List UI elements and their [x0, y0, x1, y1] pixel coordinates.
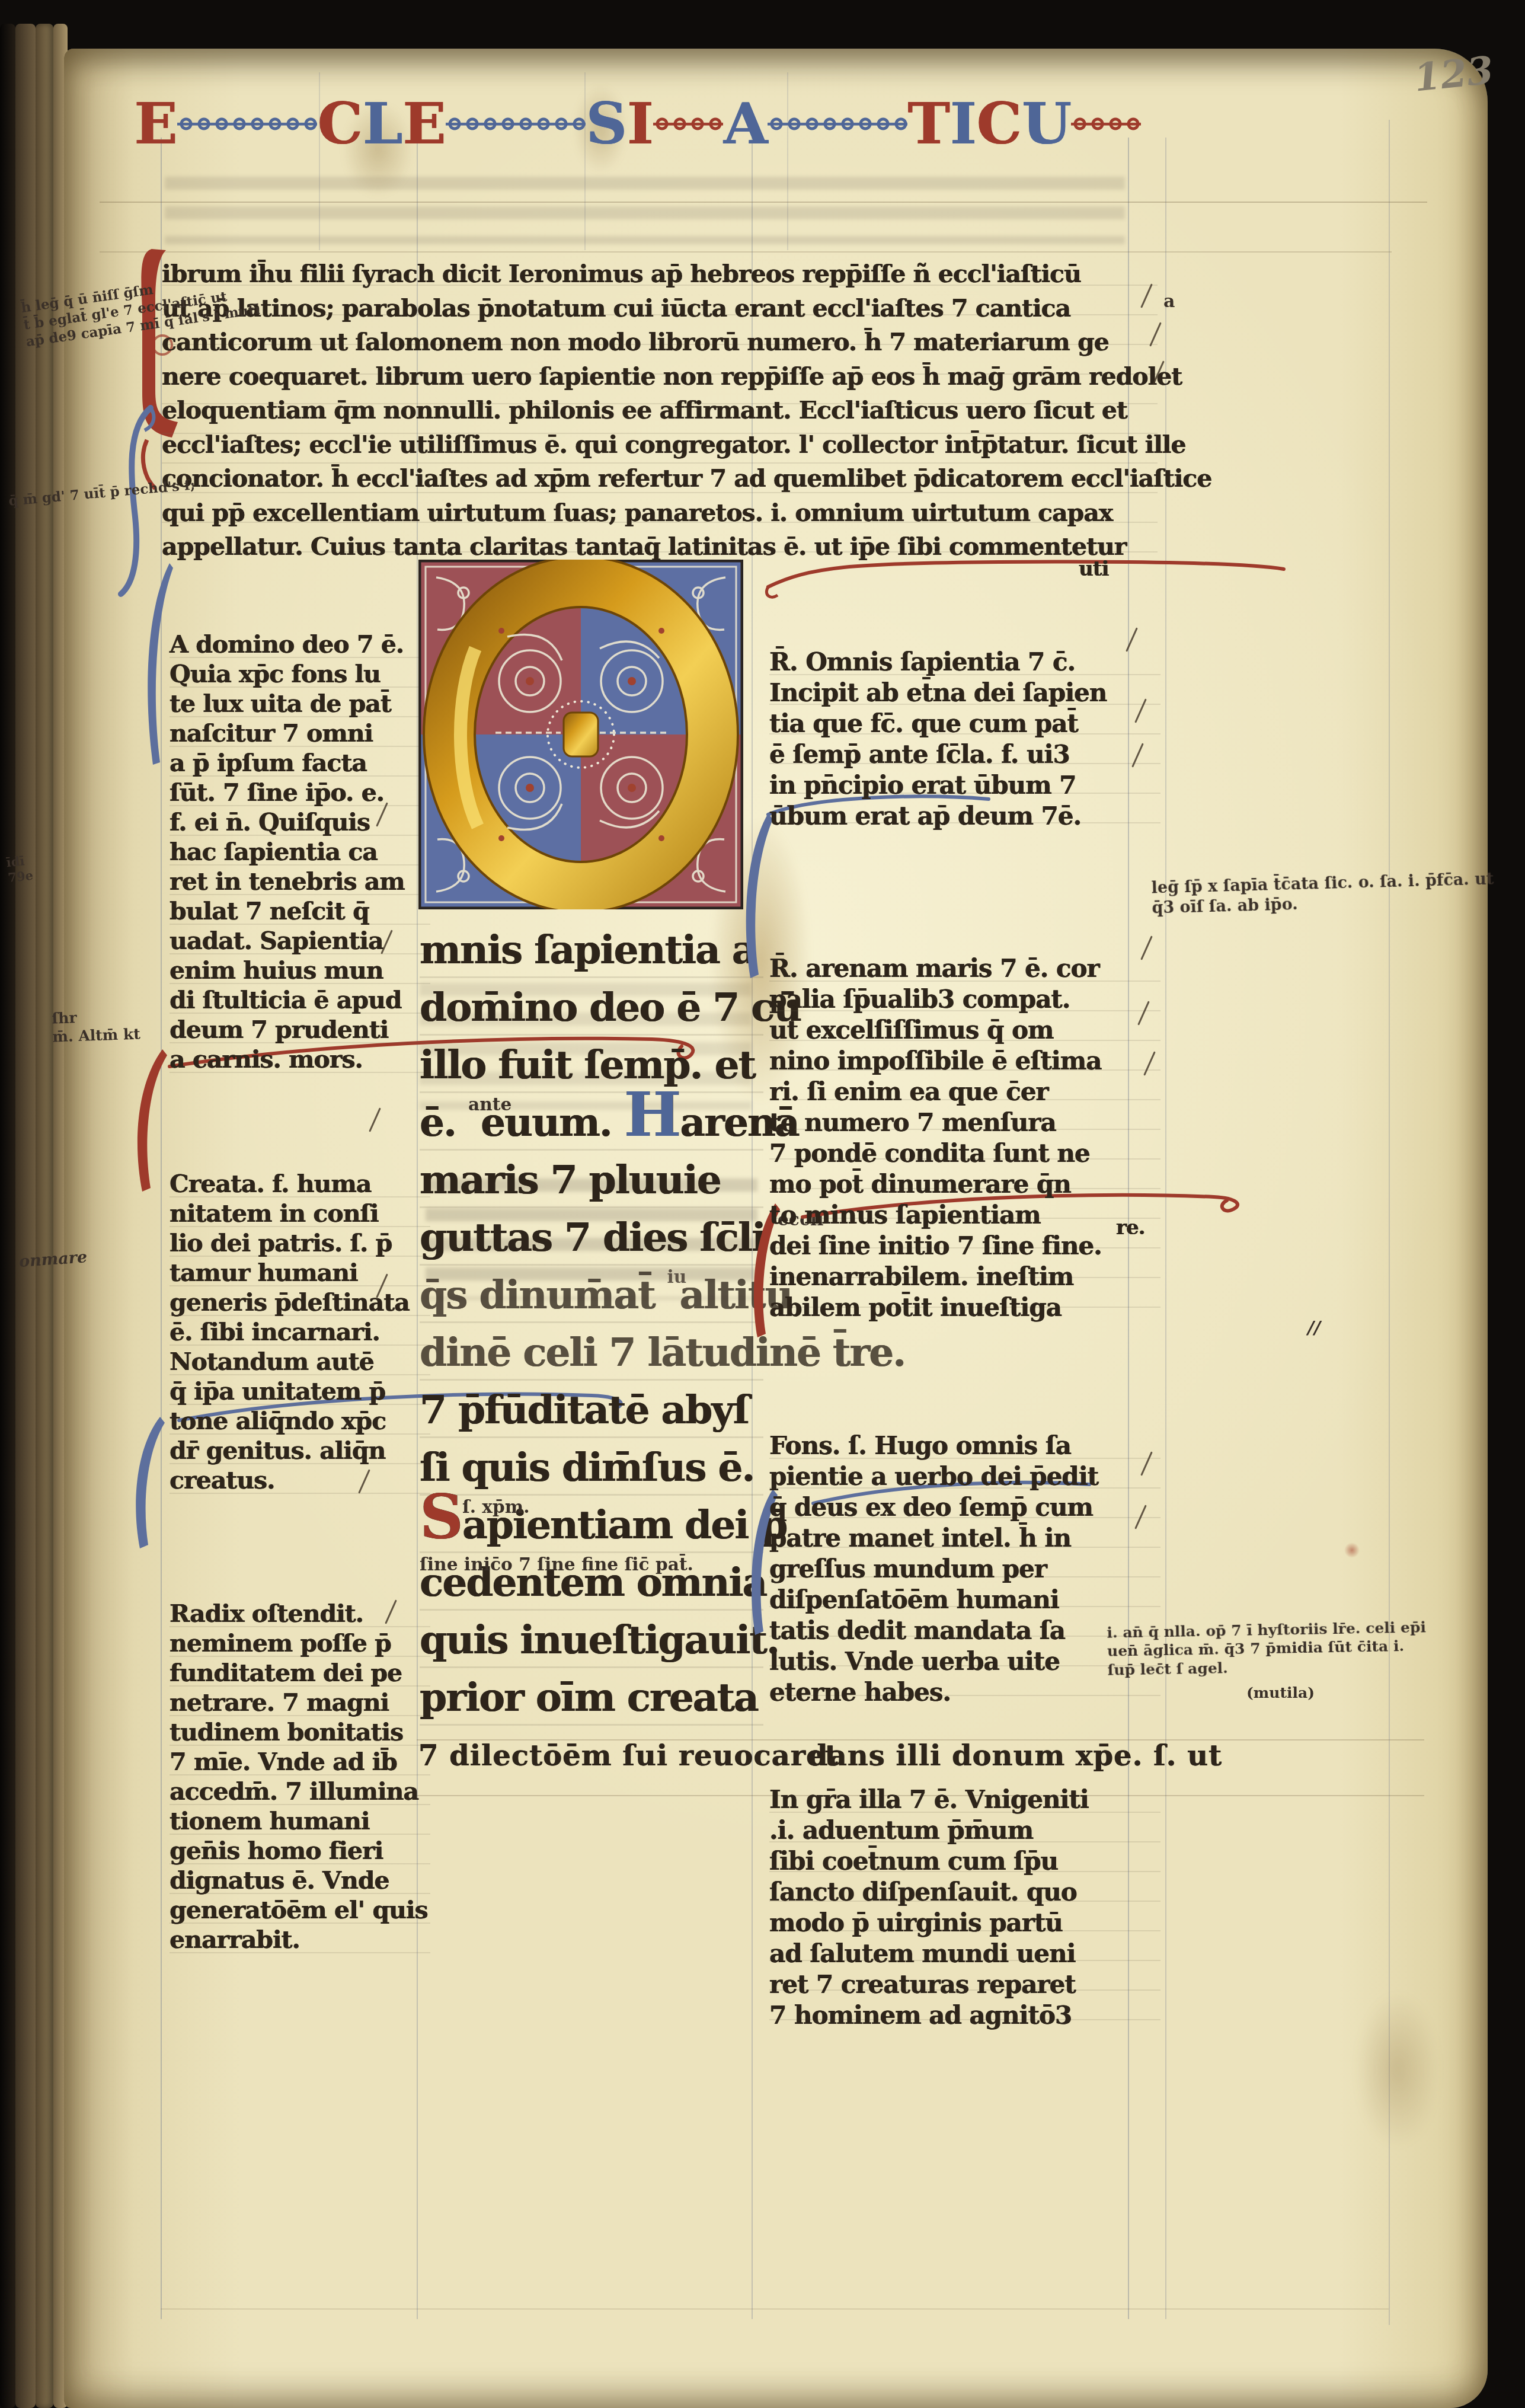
text-segment: ad ſalutem mundi ueni [769, 1939, 1075, 1968]
text-line: 7 mīe. Vnde ad ib̄ [170, 1747, 430, 1777]
catchword: re. [1116, 1212, 1144, 1243]
text-line: to numero 7 menſura [769, 1107, 1160, 1138]
text-segment: tudinem bonitatis [170, 1718, 403, 1746]
text-line: palia ſp̄ualib3 compat. [769, 984, 1160, 1015]
text-segment: palia ſp̄ualib3 compat. [769, 985, 1070, 1014]
text-segment: ſūt. 7 ſine ip̄o. e. [170, 778, 384, 807]
text-segment: ē. [420, 1099, 468, 1145]
text-line: mo pot̄ dinumerare q̄n [769, 1169, 1160, 1200]
stain [1344, 1542, 1360, 1558]
text-segment: H [624, 1080, 680, 1151]
bleedthrough-text [165, 167, 1125, 244]
text-line: nino impoſſibile ē eſtima [769, 1046, 1160, 1077]
text-segment: patre manet intel. h̄ in [769, 1524, 1071, 1553]
text-line: q̄ ip̄a unitatem p̄ [170, 1377, 430, 1406]
text-segment: neminem poſſe p̄ [170, 1629, 391, 1658]
text-line: tatis dedit mandata ſa [769, 1615, 1160, 1646]
text-segment: f. ei n̄. Quiſquis [170, 808, 370, 836]
text-line: 7 p̄fūditatē abyſ [420, 1381, 763, 1439]
text-line: 7 hominem ad agnitō3 [769, 2000, 1160, 2031]
text-segment: te lux uita de pat̄ [170, 689, 391, 718]
text-segment: mnis ſapientia a [420, 927, 756, 973]
text-segment: quis inueſtigauit. [420, 1617, 779, 1663]
page-edge-strip [0, 24, 15, 2408]
text-segment: canticorum ut ſalomonem non modo librorū… [162, 328, 1109, 356]
text-segment: ante [468, 1076, 511, 1133]
text-line: a carnis. mors. [170, 1045, 430, 1074]
text-segment: gen̄is homo fieri [170, 1837, 383, 1865]
text-line: prior oīm creata [420, 1669, 763, 1726]
text-line: Fons. ſ. Hugo omnis ſa [769, 1430, 1160, 1461]
text-segment: ē ſemp̄ ante ſc̄la. f. ui3 [769, 740, 1070, 769]
text-line: concionator. h̄ eccl'iaſtes ad xp̄m refe… [162, 462, 1158, 496]
text-line: creatus. [170, 1465, 430, 1495]
text-segment: concionator. h̄ eccl'iaſtes ad xp̄m refe… [162, 464, 1211, 493]
text-line: ſine inic̄o 7 ſine fine ſic̄ pat̄. ceden… [420, 1554, 763, 1611]
text-segment: tia que fc̄. que cum pat̄ [769, 709, 1078, 738]
margin-mark: // [1307, 1317, 1321, 1340]
text-line: quis inueſtigauit. [420, 1611, 763, 1669]
penwork-filigree [1071, 104, 1141, 143]
parchment-page: ECLESIATICU 123 a ibrum ih̄u filii ſyrac… [64, 49, 1488, 2408]
text-segment: q̄s dinum̄at̄ [420, 1272, 667, 1318]
penwork-letter: C [317, 95, 362, 152]
text-line: eterne habes. [769, 1677, 1160, 1708]
text-segment: q̄ ip̄a unitatem p̄ [170, 1377, 385, 1406]
text-line: lio dei patris. ſ. p̄ [170, 1228, 430, 1258]
running-title-penwork: ECLESIATICU [134, 79, 1141, 168]
text-line: ut excelſiſſimus q̄ om [769, 1015, 1160, 1046]
penwork-letter: I [949, 95, 976, 152]
margin-note: ſhrm̄. Altm̄ kt [52, 1006, 140, 1046]
text-line: deum 7 prudenti [170, 1015, 430, 1045]
text-segment: 7 hominem ad agnitō3 [769, 2001, 1072, 2030]
text-segment: accedm̄. 7 illumina [170, 1777, 418, 1806]
text-line: ret 7 creaturas reparet [769, 1969, 1160, 2000]
text-line: .i. aduentum p̄m̄um [769, 1815, 1160, 1846]
text-segment: lio dei patris. ſ. p̄ [170, 1229, 392, 1257]
text-line: enarrabit. [170, 1925, 430, 1954]
text-segment: q̄ deus ex deo ſemp̄ cum [769, 1493, 1093, 1522]
text-line: ſancto diſpenſauit. quo [769, 1877, 1160, 1908]
text-segment: ē. ſibi incarnari. [170, 1318, 380, 1346]
text-line: to minus ſapientiam [769, 1200, 1160, 1231]
text-line: nere coequaret. librum uero ſapientie no… [162, 360, 1158, 394]
text-line: eloquentiam q̄m nonnulli. philonis ee af… [162, 394, 1158, 428]
text-line: dom̄ino deo ē 7 cū [420, 979, 763, 1036]
text-segment: ri. ſi enim ea que c̄er [769, 1077, 1048, 1106]
penwork-letter: I [627, 95, 654, 152]
manuscript-photo: ECLESIATICU 123 a ibrum ih̄u filii ſyrac… [0, 0, 1525, 2408]
text-segment: ut ap̄ latinos; parabolas p̄notatum cui … [162, 294, 1070, 322]
margin-note: i. an̄ q̄ nlla. op̄ 7 ī hyſtoriis lr̄e. … [1107, 1618, 1427, 1679]
text-segment: eterne habes. [769, 1678, 951, 1707]
text-segment: tatis dedit mandata ſa [769, 1616, 1065, 1645]
text-segment: nitatem in conſi [170, 1199, 379, 1228]
text-line: generatōēm el' quis [170, 1895, 430, 1925]
text-segment: Quia xp̄c fons lu [170, 660, 381, 688]
gloss-paragraph: Radix oſtendit.neminem poſſe p̄funditate… [170, 1599, 430, 1954]
text-line: diſpenſatōēm humani [769, 1585, 1160, 1615]
text-segment: In gr̄a illa 7 ē. Vnigeniti [769, 1785, 1089, 1814]
text-line: ut ap̄ latinos; parabolas p̄notatum cui … [162, 292, 1158, 326]
text-segment: enarrabit. [170, 1925, 300, 1954]
text-segment: guttas 7 dies ſc̄li [420, 1214, 778, 1260]
text-line: eccl'iaſtes; eccl'ie utiliſſimus ē. qui … [162, 428, 1158, 462]
text-line: Creata. f. huma [170, 1169, 430, 1199]
text-line: ē. ſibi incarnari. [170, 1317, 430, 1347]
text-line: accedm̄. 7 illumina [170, 1777, 430, 1806]
text-segment: uadat. Sapientia [170, 927, 383, 955]
text-segment: eloquentiam q̄m nonnulli. philonis ee af… [162, 396, 1127, 424]
text-segment: abilem pot̄it inueſtiga [769, 1293, 1062, 1322]
text-line: m̄. Altm̄ kt [52, 1025, 140, 1046]
text-line: nitatem in conſi [170, 1199, 430, 1228]
text-segment: mo pot̄ dinumerare q̄n [769, 1170, 1071, 1199]
text-line: modo p̄ uirginis partū [769, 1908, 1160, 1938]
stain [1356, 1993, 1439, 2147]
text-line: Notandum autē [170, 1347, 430, 1377]
text-line: enim huius mun [170, 956, 430, 985]
text-segment: enim huius mun [170, 956, 383, 985]
penwork-filigree [653, 104, 723, 143]
bible-text-column: mnis ſapientia adom̄ino deo ē 7 cūillo f… [420, 921, 763, 1726]
text-segment: greſſus mundum per [769, 1554, 1047, 1583]
text-segment: Notandum autē [170, 1347, 374, 1376]
text-segment: lutis. Vnde uerba uite [769, 1647, 1060, 1676]
penwork-letter: E [134, 95, 177, 152]
penwork-letter: A [723, 95, 767, 152]
text-segment: ret 7 creaturas reparet [769, 1970, 1076, 1999]
text-segment: hac ſapientia ca [170, 838, 378, 866]
text-line: maris 7 pluuie [420, 1151, 763, 1209]
text-segment: Incipit ab et̄na dei ſapien [769, 678, 1107, 707]
text-line: q̄s dinum̄at̄ iu altitu [420, 1266, 763, 1324]
text-line: Incipit ab et̄na dei ſapien [769, 678, 1160, 708]
text-segment: a p̄ ipſum facta [170, 749, 367, 777]
gloss-paragraph: In gr̄a illa 7 ē. Vnigeniti.i. aduentum … [769, 1784, 1160, 2031]
text-segment: onmare [18, 1248, 88, 1271]
text-segment: funditatem dei pe [170, 1659, 402, 1687]
text-segment: R̄. arenam maris 7 ē. cor [769, 954, 1099, 983]
text-line: ret in tenebris am [170, 867, 430, 896]
text-segment: nino impoſſibile ē eſtima [769, 1046, 1101, 1075]
text-segment: deum 7 prudenti [170, 1015, 388, 1044]
text-line: A domino deo 7 ē. [170, 630, 430, 659]
text-segment: dr̄ genitus. aliq̄n [170, 1436, 385, 1465]
text-segment: a carnis. mors. [170, 1045, 363, 1074]
text-segment: R̄. Omnis ſapientia 7 c̄. [769, 647, 1075, 676]
ruling-line [161, 2308, 1389, 2310]
penwork-letter: T [907, 95, 949, 152]
gloss-paragraph: A domino deo 7 ē.Quia xp̄c fons lute lux… [170, 630, 430, 1074]
text-segment: ūbum erat ap̄ deum 7ē. [769, 801, 1081, 831]
margin-note: (mutila) [1246, 1684, 1315, 1702]
text-line: ſhr [52, 1006, 140, 1027]
catchword: uti [1079, 557, 1108, 581]
penwork-letter: S [586, 95, 626, 152]
text-segment: tamur humani [170, 1259, 358, 1287]
text-segment: 7 mīe. Vnde ad ib̄ [170, 1748, 397, 1776]
text-line: Radix oſtendit. [170, 1599, 430, 1628]
text-line: netrare. 7 magni [170, 1688, 430, 1717]
text-line: naſcitur 7 omni [170, 718, 430, 748]
text-line: canticorum ut ſalomonem non modo librorū… [162, 325, 1158, 360]
text-segment: ſhr [52, 1009, 77, 1027]
text-line: funditatem dei pe [170, 1658, 430, 1688]
text-segment: to minus ſapientiam [769, 1200, 1041, 1229]
text-segment: Radix oſtendit. [170, 1599, 363, 1628]
text-line: 79e [7, 868, 34, 886]
text-line: lutis. Vnde uerba uite [769, 1646, 1160, 1677]
text-segment: ſup̄ lec̄t ſ agel. [1107, 1659, 1228, 1679]
text-line: te lux uita de pat̄ [170, 689, 430, 718]
ruling-line [1389, 120, 1390, 2325]
text-segment: 7 p̄fūditatē abyſ [420, 1387, 749, 1433]
text-segment: to numero 7 menſura [769, 1108, 1056, 1137]
text-segment: ſ. xp̄m. [462, 1478, 530, 1536]
text-line: greſſus mundum per [769, 1554, 1160, 1585]
text-segment: diſpenſatōēm humani [769, 1585, 1059, 1614]
text-segment: Fons. ſ. Hugo omnis ſa [769, 1431, 1071, 1460]
text-segment: dignatus ē. Vnde [170, 1866, 389, 1895]
text-line: R̄. Omnis ſapientia 7 c̄. [769, 647, 1160, 678]
text-line: dinē celi 7 lātudinē t̄re. [420, 1324, 763, 1381]
ruling-line [100, 202, 1427, 203]
margin-note: īdī79e [5, 852, 34, 886]
right-gloss-column: R̄. Omnis ſapientia 7 c̄.Incipit ab et̄n… [769, 585, 1160, 2093]
penwork-filigree [446, 104, 586, 143]
text-line: ūbum erat ap̄ deum 7ē. [769, 801, 1160, 832]
text-line: dignatus ē. Vnde [170, 1866, 430, 1895]
text-line: qui pp̄ excellentiam uirtutum ſuas; pana… [162, 496, 1158, 531]
text-segment: creatus. [170, 1466, 274, 1494]
text-segment: inenarrabilem. ineſtim [769, 1262, 1073, 1291]
text-line: in pn̄cipio erat ūbum 7 [769, 770, 1160, 801]
left-gloss-column: A domino deo 7 ē.Quia xp̄c fons lute lux… [170, 570, 430, 2014]
penwork-letter: L [363, 95, 403, 152]
text-segment: m̄. Altm̄ kt [52, 1026, 140, 1046]
text-segment: netrare. 7 magni [170, 1688, 389, 1717]
text-segment: dei ſine initio 7 ſine fine. [769, 1231, 1102, 1260]
text-line: neminem poſſe p̄ [170, 1628, 430, 1658]
text-segment: ut excelſiſſimus q̄ om [769, 1015, 1053, 1045]
text-line: dr̄ genitus. aliq̄n [170, 1436, 430, 1465]
text-line: gen̄is homo fieri [170, 1836, 430, 1866]
text-line: ſibi coet̄num cum ſp̄u [769, 1846, 1160, 1877]
text-line: ē ſemp̄ ante ſc̄la. f. ui3 [769, 739, 1160, 770]
text-line: di ſtulticia ē apud [170, 985, 430, 1015]
text-line: patre manet intel. h̄ in [769, 1523, 1160, 1554]
penwork-letter: U [1022, 95, 1072, 152]
gloss-paragraph: Creata. f. humanitatem in conſilio dei p… [170, 1169, 430, 1495]
text-segment: ſancto diſpenſauit. quo [769, 1877, 1077, 1906]
text-segment: q̄3 oīſ ſa. ab ip̄o. [1152, 895, 1298, 917]
text-line: tia que fc̄. que cum pat̄ [769, 708, 1160, 739]
text-line: ibrum ih̄u filii ſyrach dicit Ieronimus … [162, 257, 1158, 292]
prologue-text: ibrum ih̄u filii ſyrach dicit Ieronimus … [162, 257, 1158, 564]
penwork-filigree [177, 104, 317, 143]
text-line: a p̄ ipſum facta [170, 748, 430, 778]
text-segment: prior oīm creata [420, 1674, 758, 1720]
text-segment: īdī [5, 853, 25, 870]
text-line: hac ſapientia ca [170, 837, 430, 867]
text-line: dei ſine initio 7 ſine fine. [769, 1231, 1160, 1262]
text-segment: bulat 7 neſcit q̄ [170, 897, 369, 925]
text-line: ſūt. 7 ſine ip̄o. e. [170, 778, 430, 807]
text-line: R̄. arenam maris 7 ē. cor [769, 953, 1160, 984]
text-line: tionem humani [170, 1806, 430, 1836]
text-line: f. ei n̄. Quiſquis [170, 807, 430, 837]
text-line: tudinem bonitatis [170, 1717, 430, 1747]
text-line: mnis ſapientia a [420, 921, 763, 979]
text-segment: Creata. f. huma [170, 1170, 371, 1198]
text-segment: tionem humani [170, 1807, 369, 1835]
text-segment: 7 pondē condita ſunt ne [769, 1139, 1090, 1168]
text-segment: pientie a uerbo dei p̄edit [769, 1462, 1098, 1491]
illuminated-initial-O [418, 560, 743, 909]
text-line: 7 pondē condita ſunt ne [769, 1138, 1160, 1169]
text-line: Quia xp̄c fons lu [170, 659, 430, 689]
text-segment: generis p̄deſtinata [170, 1288, 410, 1317]
text-segment: generatōēm el' quis [170, 1896, 427, 1924]
text-segment: ſibi coet̄num cum ſp̄u [769, 1847, 1058, 1876]
text-line: inenarrabilem. ineſtim [769, 1262, 1160, 1292]
text-segment: eccl'iaſtes; eccl'ie utiliſſimus ē. qui … [162, 430, 1185, 459]
text-segment: naſcitur 7 omni [170, 719, 373, 748]
text-line: abilem pot̄it inueſtiga [769, 1292, 1160, 1323]
text-line: q̄ deus ex deo ſemp̄ cum [769, 1492, 1160, 1523]
penwork-letter: C [976, 95, 1021, 152]
text-segment: ſine inic̄o 7 ſine fine ſic̄ pat̄. [420, 1536, 699, 1593]
text-segment: ibrum ih̄u filii ſyrach dicit Ieronimus … [162, 260, 1081, 288]
text-line: tamur humani [170, 1258, 430, 1288]
text-line: ē. ante euum. Harenā [420, 1094, 763, 1151]
text-segment: .i. aduentum p̄m̄um [769, 1816, 1033, 1845]
text-line: ri. ſi enim ea que c̄er [769, 1077, 1160, 1107]
folio-number: 123 [1412, 48, 1495, 101]
text-segment: di ſtulticia ē apud [170, 986, 401, 1014]
text-line: pientie a uerbo dei p̄edit [769, 1461, 1160, 1492]
text-line: guttas 7 dies ſc̄li eccli [420, 1209, 763, 1266]
text-segment: ret in tenebris am [170, 867, 405, 896]
text-segment: maris 7 pluuie [420, 1157, 721, 1203]
text-segment: A domino deo 7 ē. [170, 630, 404, 659]
penwork-letter: E [402, 95, 446, 152]
text-line: tone aliq̄ndo xp̄c [170, 1406, 430, 1436]
text-line: bulat 7 neſcit q̄ [170, 896, 430, 926]
text-segment: in pn̄cipio erat ūbum 7 [769, 771, 1076, 800]
text-segment: 79e [7, 868, 34, 885]
page-edge-strip [36, 24, 53, 2408]
text-line: In gr̄a illa 7 ē. Vnigeniti [769, 1784, 1160, 1815]
margin-note: leḡ ſp̄ x ſapīa t̄c̄ata ſic. o. ſa. i. p… [1151, 869, 1494, 918]
text-segment: iu [667, 1248, 687, 1306]
text-line: ad ſalutem mundi ueni [769, 1938, 1160, 1969]
text-segment: nere coequaret. librum uero ſapientie no… [162, 362, 1182, 391]
text-segment: tone aliq̄ndo xp̄c [170, 1407, 386, 1435]
penwork-filigree [768, 104, 907, 143]
gloss-paragraph: R̄. arenam maris 7 ē. corpalia ſp̄ualib3… [769, 953, 1160, 1323]
margin-mark: a [1163, 290, 1175, 313]
gloss-paragraph: R̄. Omnis ſapientia 7 c̄.Incipit ab et̄n… [769, 647, 1160, 832]
text-segment: modo p̄ uirginis partū [769, 1908, 1063, 1937]
text-line: generis p̄deſtinata [170, 1288, 430, 1317]
ruling-line [100, 251, 1392, 253]
text-segment: qui pp̄ excellentiam uirtutum ſuas; pana… [162, 499, 1112, 527]
gloss-paragraph: Fons. ſ. Hugo omnis ſapientie a uerbo de… [769, 1430, 1160, 1708]
page-edge-strip [15, 24, 36, 2408]
penwork-flourish [128, 1417, 170, 1559]
